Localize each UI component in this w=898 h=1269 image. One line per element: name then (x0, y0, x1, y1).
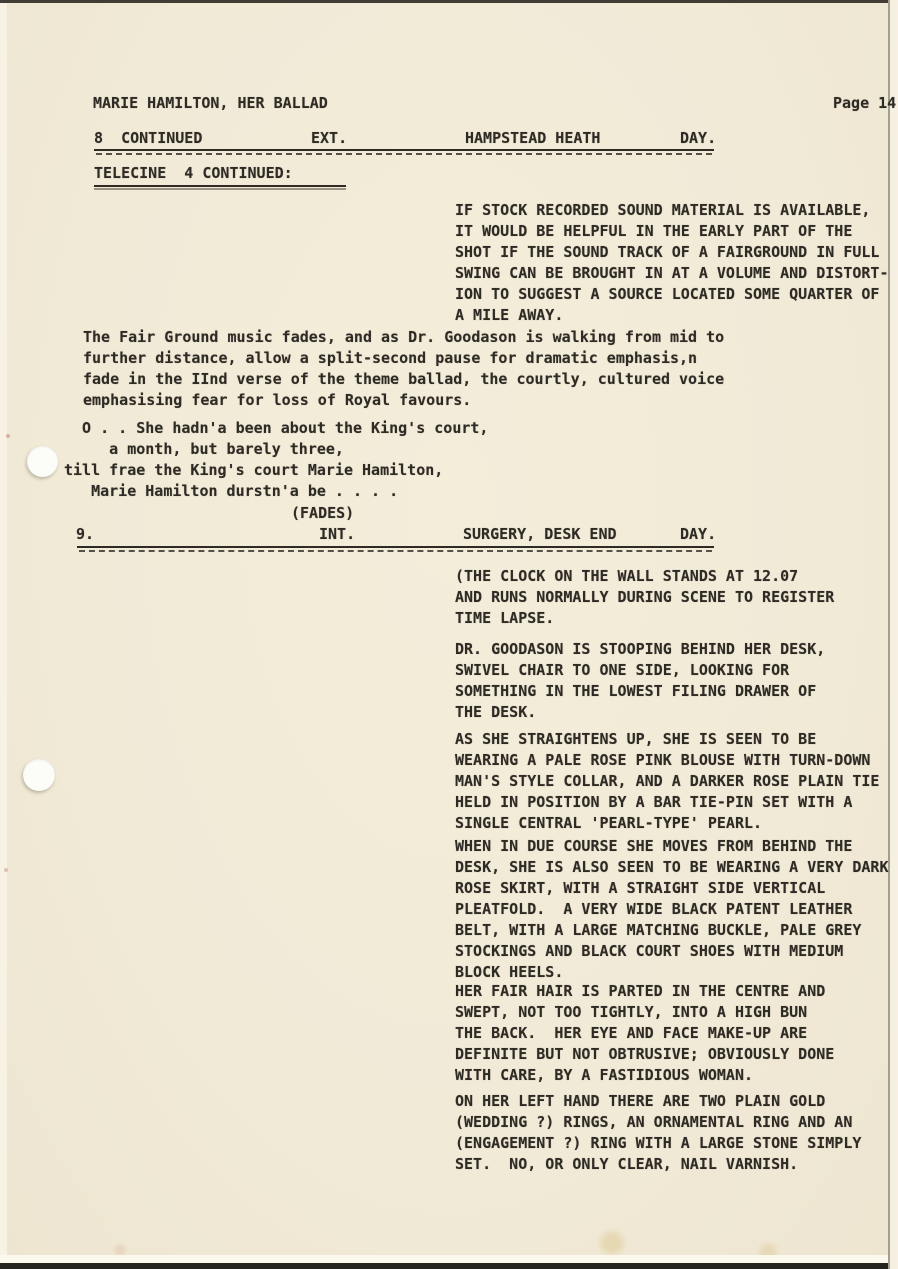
scene-9-setting: INT. (319, 524, 355, 545)
scene-9-direction-clock: (THE CLOCK ON THE WALL STANDS AT 12.07 A… (455, 566, 834, 629)
telecine-underline (94, 185, 346, 187)
scene-8-setting: EXT. (311, 128, 347, 149)
scene-9-direction-rings: ON HER LEFT HAND THERE ARE TWO PLAIN GOL… (455, 1091, 861, 1175)
page-number: Page 14 (833, 93, 896, 114)
paper-right-edge (888, 0, 890, 1269)
script-page: MARIE HAMILTON, HER BALLAD Page 14 8 CON… (0, 0, 898, 1269)
scene-8-action: The Fair Ground music fades, and as Dr. … (83, 327, 724, 411)
scene-9-direction-hair: HER FAIR HAIR IS PARTED IN THE CENTRE AN… (455, 981, 834, 1086)
fades-note: (FADES) (291, 503, 354, 524)
scene-9-time: DAY. (680, 524, 716, 545)
scene-9-direction-stooping: DR. GOODASON IS STOOPING BEHIND HER DESK… (455, 639, 825, 723)
page-title: MARIE HAMILTON, HER BALLAD (93, 93, 328, 114)
ballad-verse: O . . She hadn'a been about the King's c… (64, 418, 488, 502)
paper-top-edge (0, 0, 898, 3)
paper-bottom-edge (0, 1263, 898, 1269)
scene-9-direction-skirt: WHEN IN DUE COURSE SHE MOVES FROM BEHIND… (455, 836, 888, 983)
hole-punch-bottom (23, 759, 55, 791)
scene-9-number: 9. (76, 524, 94, 545)
scene-8-rule-dashed (96, 153, 712, 155)
scene-9-rule-dashed (79, 550, 712, 552)
paper-left-edge (0, 3, 7, 1263)
scene-8-time: DAY. (680, 128, 716, 149)
scene-8-sound-direction: IF STOCK RECORDED SOUND MATERIAL IS AVAI… (455, 200, 888, 326)
paper-speck (6, 434, 10, 438)
scene-9-rule (77, 546, 714, 548)
hole-punch-top (27, 446, 58, 477)
paper-right-edge-strip (890, 0, 898, 1269)
paper-bottom-edge-highlight (0, 1255, 898, 1263)
scene-8-location: HAMPSTEAD HEATH (465, 128, 600, 149)
scene-8-rule (94, 149, 714, 151)
scene-9-direction-blouse: AS SHE STRAIGHTENS UP, SHE IS SEEN TO BE… (455, 729, 879, 834)
scene-9-location: SURGERY, DESK END (463, 524, 617, 545)
scene-8-number: 8 CONTINUED (94, 128, 202, 149)
paper-speck (4, 868, 8, 872)
telecine-note: TELECINE 4 CONTINUED: (94, 163, 293, 184)
